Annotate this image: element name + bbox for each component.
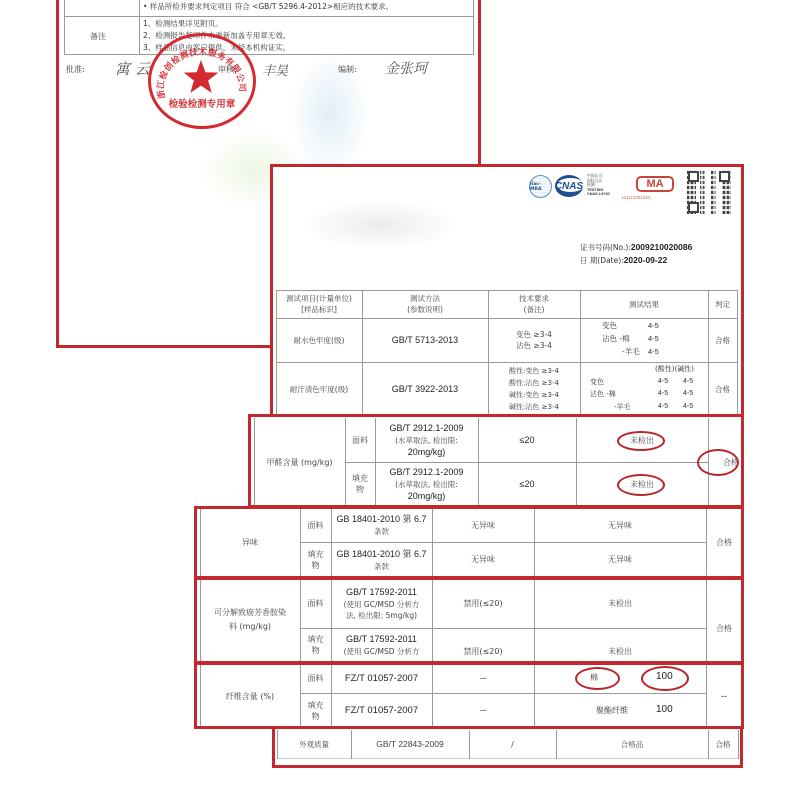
frame-bottom-line [272,765,743,768]
appearance-requirement: / [469,730,556,759]
appearance-item: 外观质量 [277,730,351,759]
highlight-frame-azo [194,577,744,664]
appearance-result: 合格品 [556,730,708,759]
appearance-verdict: 合格 [708,730,738,759]
frame-bottom-right-segment [740,728,743,768]
highlight-frame-fiber [194,662,744,729]
highlight-frame-formaldehyde [248,414,744,508]
frame-bottom-segment [272,728,275,768]
appearance-method: GB/T 22843-2009 [351,730,469,759]
highlight-frame-report-2 [270,164,744,418]
highlight-frame-odor [194,506,744,579]
